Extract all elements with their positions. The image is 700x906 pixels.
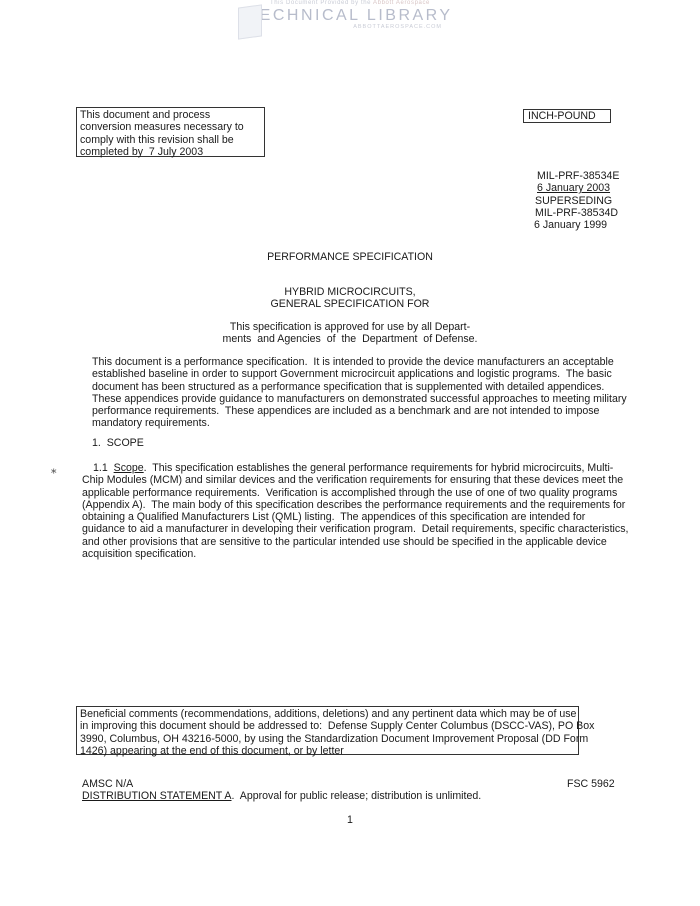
notice-line: conversion measures necessary to [80, 121, 264, 133]
notice-line: completed by 7 July 2003 [80, 146, 264, 158]
scope-paragraph: 1.1 Scope. This specification establishe… [92, 462, 624, 560]
watermark-title: TECHNICAL LIBRARY [230, 7, 470, 24]
intro-paragraph: This document is a performance specifica… [92, 356, 624, 430]
title-line: HYBRID MICROCIRCUITS, [0, 286, 700, 298]
technical-library-watermark: This Document Provided by the Abbott Aer… [230, 0, 470, 44]
document-number: MIL-PRF-38534E [534, 170, 644, 182]
approval-line: ments and Agencies of the Department of … [0, 333, 700, 345]
superseded-number: MIL-PRF-38534D [534, 207, 644, 219]
scope-line: (Appendix A). The main body of this spec… [82, 499, 624, 511]
watermark-provided-by: This Document Provided by the Abbott Aer… [230, 0, 470, 7]
intro-line: These appendices provide guidance to man… [92, 393, 624, 405]
subsection-title: Scope [114, 462, 144, 474]
document-logo-icon [238, 4, 262, 39]
notice-line: comply with this revision shall be [80, 134, 264, 146]
document-date: 6 January 2003 [534, 182, 644, 194]
watermark-url: ABBOTTAEROSPACE.COM [230, 24, 470, 31]
comments-line: Beneficial comments (recommendations, ad… [80, 708, 578, 720]
intro-line: This document is a performance specifica… [92, 356, 624, 368]
comments-line: 1426) appearing at the end of this docum… [80, 745, 578, 757]
comments-line: in improving this document should be add… [80, 720, 578, 732]
scope-line: applicable performance requirements. Ver… [82, 487, 624, 499]
comments-line: 3990, Columbus, OH 43216-5000, by using … [80, 733, 578, 745]
superseding-label: SUPERSEDING [534, 195, 644, 207]
distribution-statement: DISTRIBUTION STATEMENT A. Approval for p… [82, 790, 481, 802]
comments-box: Beneficial comments (recommendations, ad… [76, 706, 579, 755]
intro-line: mandatory requirements. [92, 417, 624, 429]
revision-notice-box: This document and process conversion mea… [76, 107, 265, 157]
scope-first-line-text: . This specification establishes the gen… [144, 462, 614, 474]
document-id-block: MIL-PRF-38534E 6 January 2003 SUPERSEDIN… [534, 170, 644, 231]
notice-line: This document and process [80, 109, 264, 121]
page-number: 1 [0, 814, 700, 826]
watermark-prefix: This Document Provided by the [270, 0, 371, 6]
approval-statement: This specification is approved for use b… [0, 321, 700, 346]
inch-pound-label: INCH-POUND [523, 109, 611, 123]
intro-line: performance requirements. These appendic… [92, 405, 624, 417]
distribution-label: DISTRIBUTION STATEMENT A [82, 790, 232, 802]
title-line: GENERAL SPECIFICATION FOR [0, 298, 700, 310]
fsc-label: FSC 5962 [567, 778, 615, 790]
section-1-heading: 1. SCOPE [92, 437, 144, 449]
distribution-text: . Approval for public release; distribut… [232, 790, 482, 802]
approval-line: This specification is approved for use b… [0, 321, 700, 333]
change-marker: * [51, 468, 57, 480]
document-heading: PERFORMANCE SPECIFICATION [0, 251, 700, 263]
intro-line: document has been structured as a perfor… [92, 381, 624, 393]
intro-line: established baseline in order to support… [92, 368, 624, 380]
watermark-brand: Abbott Aerospace [373, 0, 430, 6]
document-title: HYBRID MICROCIRCUITS, GENERAL SPECIFICAT… [0, 286, 700, 311]
subsection-number: 1.1 [93, 462, 108, 474]
scope-line: Chip Modules (MCM) and similar devices a… [82, 474, 624, 486]
scope-line: guidance to aid a manufacturer in develo… [82, 523, 624, 535]
scope-line: acquisition specification. [82, 548, 624, 560]
superseded-date: 6 January 1999 [534, 219, 644, 231]
scope-line: and other provisions that are sensitive … [82, 536, 624, 548]
scope-first-line: 1.1 Scope. This specification establishe… [92, 462, 624, 474]
scope-line: obtaining a Qualified Manufacturers List… [82, 511, 624, 523]
amsc-label: AMSC N/A [82, 778, 133, 790]
